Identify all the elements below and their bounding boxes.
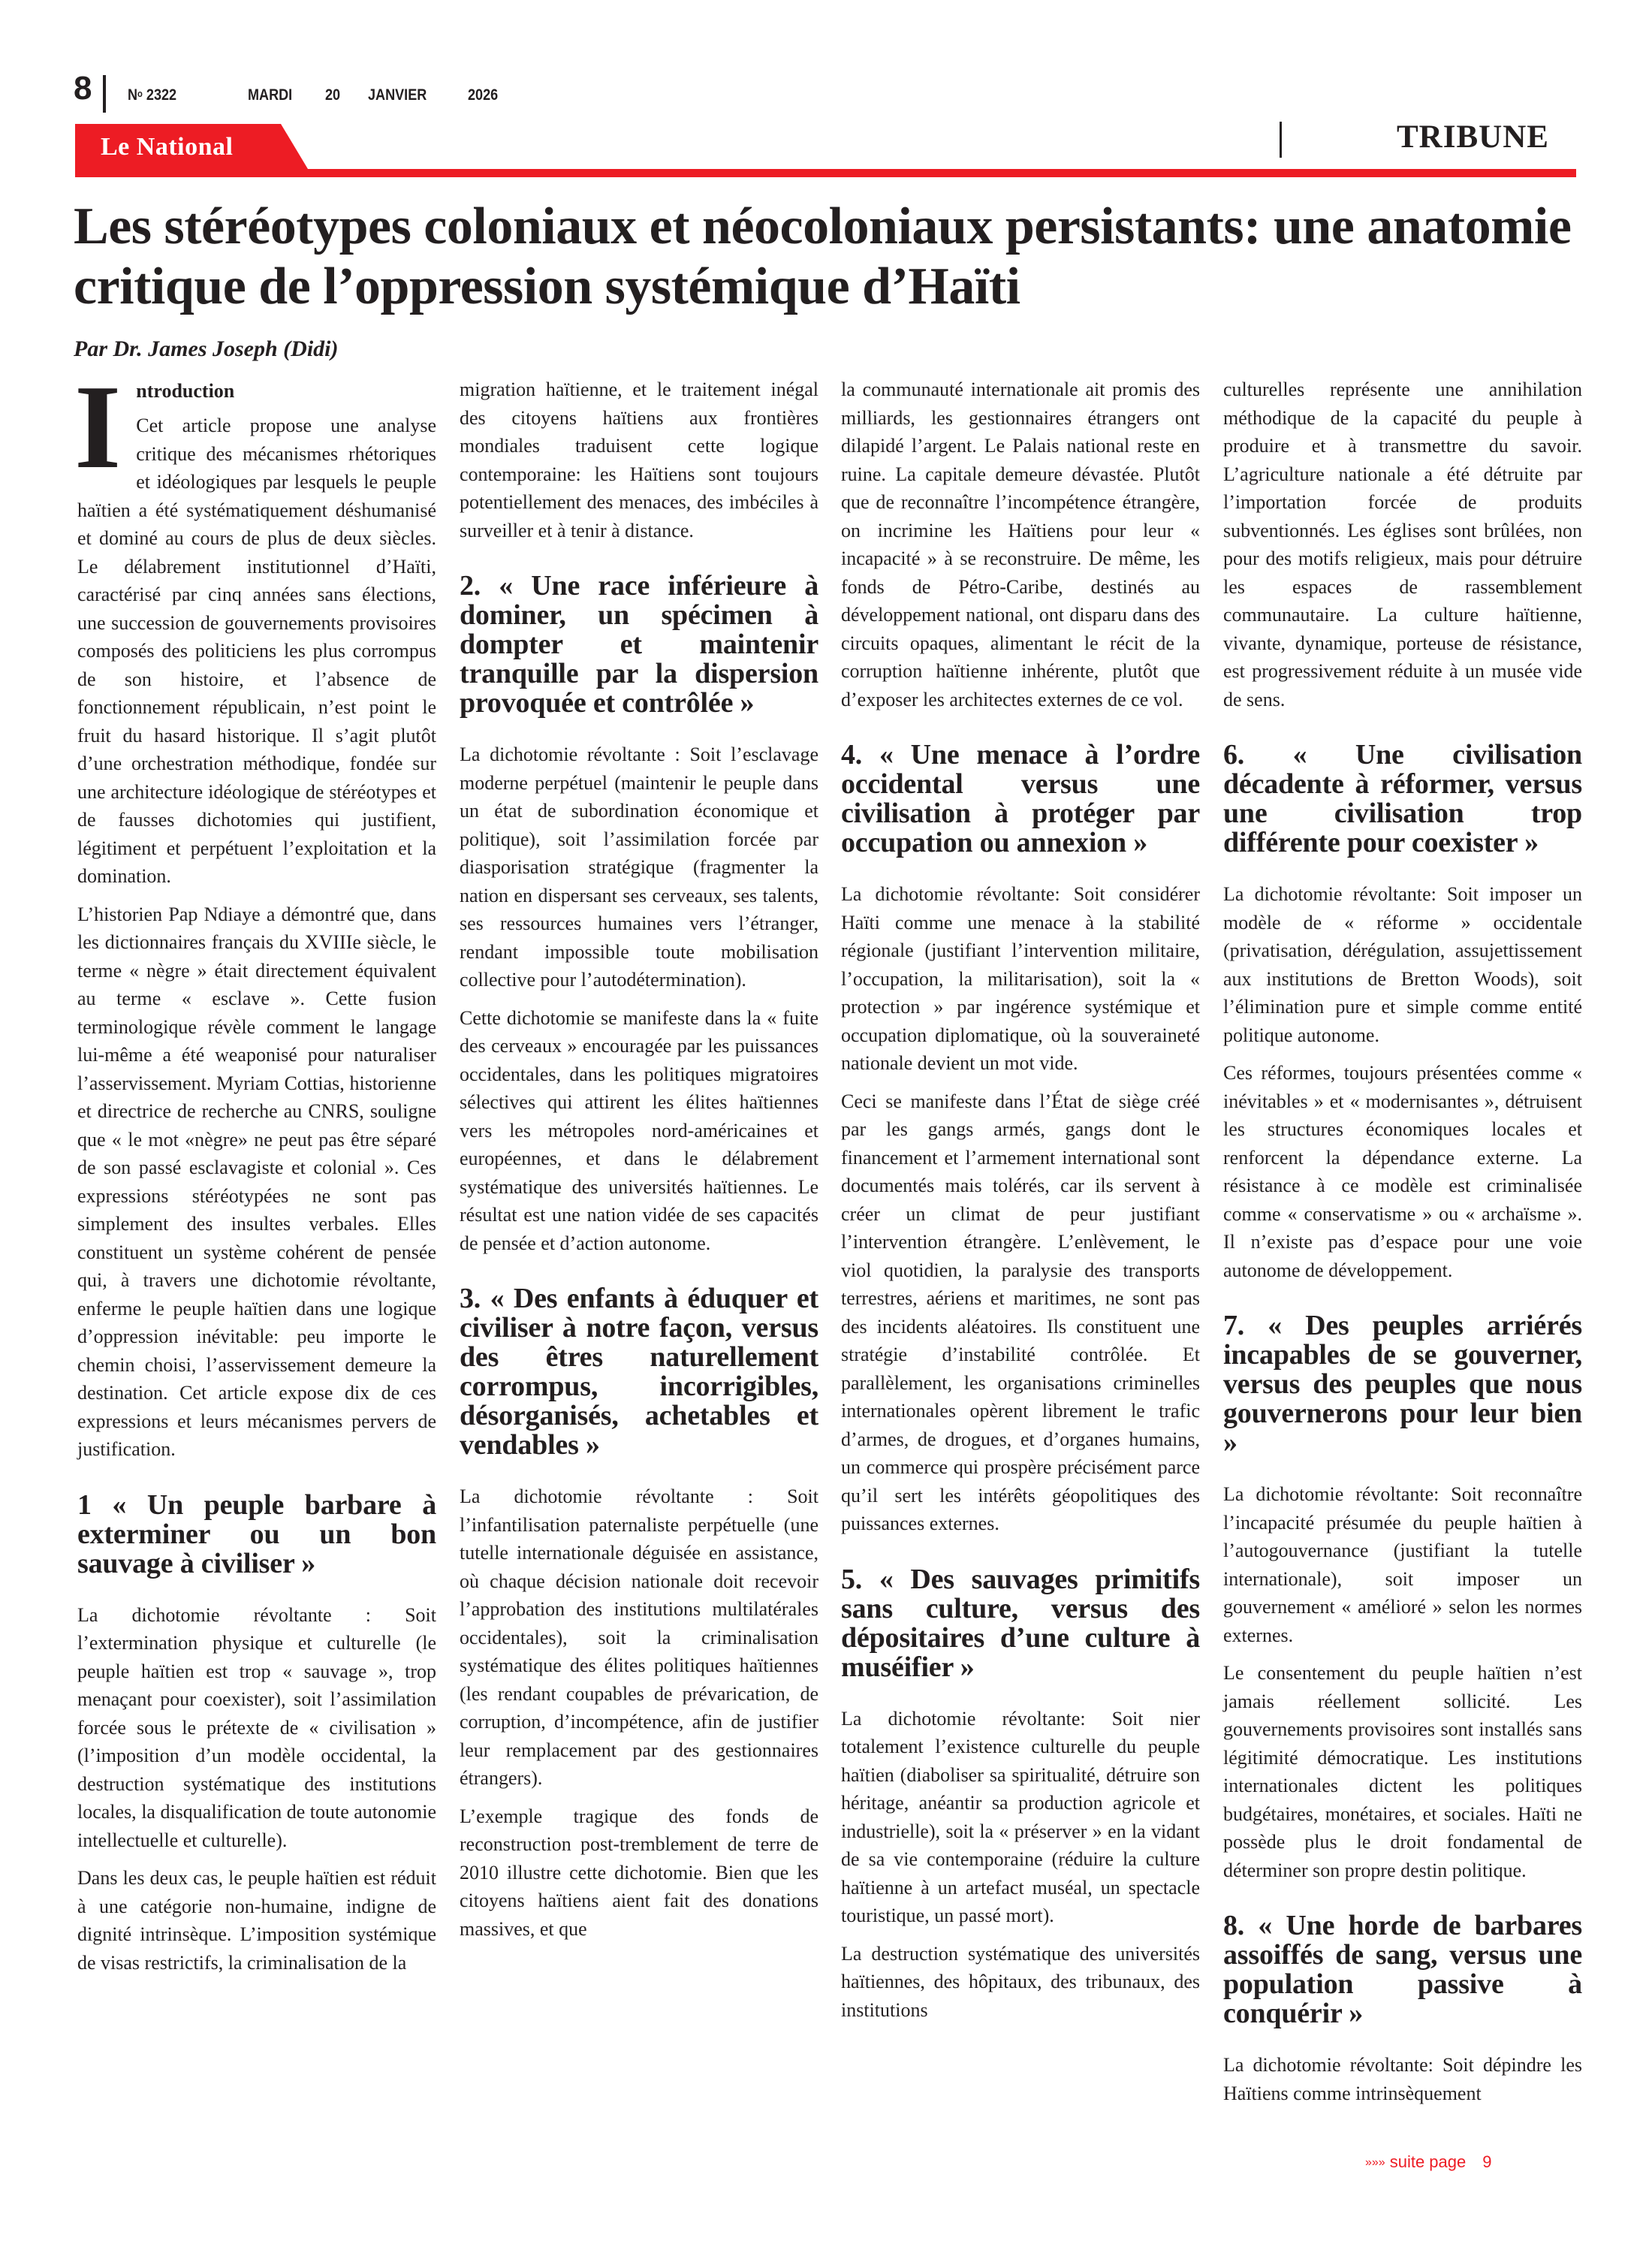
issue-number-value: 2322 <box>146 86 176 104</box>
column-3: la communauté internationale ait promis … <box>841 375 1200 2034</box>
issue-number: No 2322 <box>128 87 176 104</box>
continue-page-number: 9 <box>1482 2152 1491 2171</box>
paragraph: Ceci se manifeste dans l’État de siège c… <box>841 1087 1200 1538</box>
issue-month: JANVIER <box>368 87 427 104</box>
intro-title: ntroduction <box>77 375 436 404</box>
paragraph: La dichotomie révoltante: Soit nier tota… <box>841 1705 1200 1930</box>
section-heading-5: 5. « Des sauvages primitifs sans culture… <box>841 1565 1200 1682</box>
paragraph: la communauté internationale ait promis … <box>841 375 1200 713</box>
brand-logo: Le National <box>101 134 233 161</box>
paragraph: La dichotomie révoltante: Soit imposer u… <box>1223 880 1582 1049</box>
issue-label: N <box>128 86 137 104</box>
section-heading-1: 1 « Un peuple barbare à exterminer ou un… <box>77 1491 436 1579</box>
section-heading-6: 6. « Une civilisation décadente à réform… <box>1223 740 1582 858</box>
issue-day: MARDI <box>248 87 292 104</box>
issue-date: 20 <box>325 87 340 104</box>
paragraph: culturelles représente une annihilation … <box>1223 375 1582 713</box>
paragraph: L’exemple tragique des fonds de reconstr… <box>460 1802 818 1944</box>
page-number: 8 <box>74 72 91 105</box>
column-2: migration haïtienne, et le traitement in… <box>460 375 818 1953</box>
paragraph: migration haïtienne, et le traitement in… <box>460 375 818 544</box>
paragraph: La dichotomie révoltante : Soit l’exterm… <box>77 1601 436 1855</box>
article-headline: Les stéréotypes coloniaux et néocoloniau… <box>74 197 1620 317</box>
page-number-divider <box>103 75 106 113</box>
paragraph: La destruction systématique des universi… <box>841 1940 1200 2025</box>
section-heading-4: 4. « Une menace à l’ordre occidental ver… <box>841 740 1200 858</box>
paragraph: La dichotomie révoltante: Soit dépindre … <box>1223 2051 1582 2107</box>
paragraph: La dichotomie révoltante: Soit reconnaît… <box>1223 1480 1582 1649</box>
paragraph: L’historien Pap Ndiaye a démontré que, d… <box>77 900 436 1464</box>
continue-label: suite page <box>1390 2152 1467 2171</box>
article-byline: Par Dr. James Joseph (Didi) <box>74 336 339 362</box>
drop-cap: I <box>74 380 121 473</box>
paragraph: Le consentement du peuple haïtien n’est … <box>1223 1659 1582 1884</box>
introduction: I ntroduction Cet article propose une an… <box>77 375 436 891</box>
paragraph: La dichotomie révoltante: Soit considére… <box>841 880 1200 1078</box>
section-divider <box>1280 122 1282 158</box>
issue-year: 2026 <box>468 87 498 104</box>
paragraph: Dans les deux cas, le peuple haïtien est… <box>77 1864 436 1977</box>
continued-on-page-link[interactable]: »»»suite page9 <box>1365 2153 1491 2172</box>
section-label: TRIBUNE <box>1397 120 1549 155</box>
header-red-rule <box>75 169 1576 177</box>
continue-arrows-icon: »»» <box>1365 2156 1385 2169</box>
column-1: I ntroduction Cet article propose une an… <box>77 375 436 1986</box>
section-heading-2: 2. « Une race inférieure à dominer, un s… <box>460 572 818 718</box>
paragraph: Cet article propose une analyse critique… <box>77 412 436 891</box>
paragraph: Ces réformes, toujours présentées comme … <box>1223 1059 1582 1284</box>
issue-sup: o <box>137 88 143 99</box>
section-heading-8: 8. « Une horde de barbares assoiffés de … <box>1223 1911 1582 2028</box>
section-heading-7: 7. « Des peuples arriérés incapables de … <box>1223 1311 1582 1458</box>
section-heading-3: 3. « Des enfants à éduquer et civiliser … <box>460 1284 818 1460</box>
paragraph: La dichotomie révoltante : Soit l’infant… <box>460 1482 818 1793</box>
paragraph: Cette dichotomie se manifeste dans la « … <box>460 1004 818 1258</box>
paragraph: La dichotomie révoltante : Soit l’esclav… <box>460 740 818 994</box>
column-4: culturelles représente une annihilation … <box>1223 375 1582 2117</box>
